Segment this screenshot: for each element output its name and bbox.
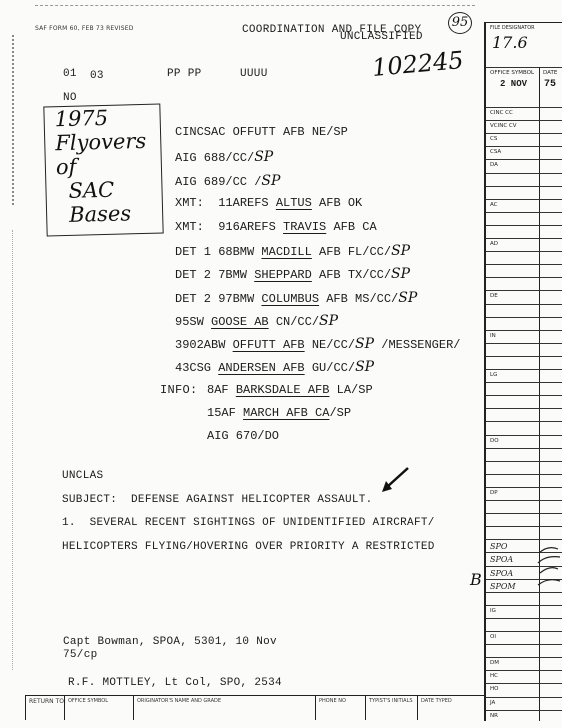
coord-row-line <box>486 631 562 632</box>
coord-row-label: DM <box>490 660 499 666</box>
coord-date: 2 NOV <box>500 79 527 89</box>
coord-row-line <box>486 421 562 422</box>
addressee-line: DET 2 7BMW SHEPPARD AFB TX/CC/SP <box>175 266 410 282</box>
addressee-line: 95SW GOOSE AB CN/CC/SP <box>175 313 338 329</box>
handwritten-note-line: 1975 <box>44 105 160 132</box>
coord-row-line <box>486 474 562 475</box>
coord-row-line <box>486 526 562 527</box>
coord-row-line <box>486 448 562 449</box>
releaser-line: R.F. MOTTLEY, Lt Col, SPO, 2534 <box>68 677 282 689</box>
paragraph-1-line-2: HELICOPTERS FLYING/HOVERING OVER PRIORIT… <box>62 541 435 553</box>
footer-phone-no: PHONE NO <box>315 696 316 720</box>
office-symbol-header: OFFICE SYMBOL <box>490 70 534 76</box>
handwritten-number: 102245 <box>371 46 465 82</box>
coord-row-label: IN <box>490 333 496 339</box>
coord-row-line <box>486 710 562 711</box>
top-border-line <box>35 5 475 6</box>
circled-page-number: 95 <box>448 12 472 34</box>
drafter-line-2: 75/cp <box>63 649 98 661</box>
coord-row-line <box>486 277 562 278</box>
unclas-marking: UNCLAS <box>62 470 103 482</box>
coord-row-label: DP <box>490 490 498 496</box>
coord-row-line <box>486 670 562 671</box>
addressee-line: DET 2 97BMW COLUMBUS AFB MS/CC/SP <box>175 290 417 306</box>
field-01: 01 <box>63 68 77 80</box>
addressee-line: XMT: 11AREFS ALTUS AFB OK <box>175 196 362 210</box>
addressee-line: XMT: 916AREFS TRAVIS AFB CA <box>175 220 377 234</box>
coordination-panel: FILE DESIGNATOR 17.6 OFFICE SYMBOL DATE … <box>484 22 562 721</box>
coord-row-line <box>486 356 562 357</box>
coord-row-line <box>486 343 562 344</box>
file-designator-label: FILE DESIGNATOR <box>490 25 535 31</box>
info-addressee-line: 8AF BARKSDALE AFB LA/SP <box>207 383 373 397</box>
coord-row-label: JA <box>490 700 495 706</box>
file-designator-handwritten: 17.6 <box>492 33 528 52</box>
form-label: SAF FORM 60, FEB 73 REVISED <box>35 25 134 32</box>
coord-row-line <box>486 513 562 514</box>
no-label: NO <box>63 92 77 104</box>
coord-row-line <box>486 618 562 619</box>
coord-row-line <box>486 225 562 226</box>
coord-row-line <box>486 186 562 187</box>
left-margin-rule <box>12 35 14 205</box>
coord-row-label: NR <box>490 713 498 719</box>
coord-row-line <box>486 173 562 174</box>
addressee-line: CINCSAC OFFUTT AFB NE/SP <box>175 125 348 139</box>
coord-row-label: IG <box>490 608 496 614</box>
coord-row-label: DO <box>490 438 499 444</box>
addressee-line: AIG 689/CC /SP <box>175 173 280 189</box>
handwritten-note-box: 1975 Flyovers of SAC Bases <box>43 103 163 236</box>
coord-row-label: SPO <box>490 542 507 551</box>
coord-column-divider <box>539 67 540 721</box>
classification-code: UUUU <box>240 68 268 80</box>
coord-row-line <box>486 395 562 396</box>
classification-stamp: UNCLASSIFIED <box>340 31 423 43</box>
coord-row-line <box>486 317 562 318</box>
coord-row-line <box>486 251 562 252</box>
addressee-line: DET 1 68BMW MACDILL AFB FL/CC/SP <box>175 243 410 259</box>
paragraph-1-line-1: 1. SEVERAL RECENT SIGHTINGS OF UNIDENTIF… <box>62 517 435 529</box>
coord-row-label: SPOA <box>490 555 513 564</box>
left-margin-rule-lower <box>12 230 13 670</box>
coord-row-label: AC <box>490 202 498 208</box>
coord-row-line <box>486 408 562 409</box>
handwritten-arrow-icon <box>380 465 412 495</box>
coord-row-line <box>486 146 562 147</box>
coord-row-line <box>486 159 562 160</box>
footer-office-symbol: OFFICE SYMBOL <box>64 696 65 720</box>
coord-row-line <box>486 683 562 684</box>
footer-date-typed: DATE TYPED <box>417 696 418 720</box>
coord-row-label: CS <box>490 136 497 142</box>
coord-row-label: VCINC CV <box>490 123 517 129</box>
precedence: PP PP <box>167 68 202 80</box>
handwritten-note-line: SAC <box>46 176 162 203</box>
coord-divider <box>486 67 562 68</box>
coord-row-line <box>486 461 562 462</box>
subject-line: SUBJECT: DEFENSE AGAINST HELICOPTER ASSA… <box>62 494 373 506</box>
field-03: 03 <box>90 70 104 82</box>
info-addressee-line: 15AF MARCH AFB CA/SP <box>207 406 351 420</box>
coord-row-line <box>486 539 562 540</box>
coord-row-line <box>486 290 562 291</box>
coord-row-label: SPOA <box>490 569 513 578</box>
coord-row-line <box>486 330 562 331</box>
coord-row-line <box>486 369 562 370</box>
coord-row-label: CINC CC <box>490 110 513 116</box>
handwritten-note-line: Flyovers of <box>45 129 161 180</box>
footer-originator: ORIGINATOR'S NAME AND GRADE <box>133 696 134 720</box>
coord-row-label: OI <box>490 634 496 640</box>
footer-typists-initials: TYPIST'S INITIALS <box>365 696 366 720</box>
coord-row-line <box>486 199 562 200</box>
footer-return-to: RETURN TO: <box>26 696 64 720</box>
coord-row-label: DA <box>490 162 498 168</box>
coord-row-line <box>486 487 562 488</box>
coord-row-line <box>486 212 562 213</box>
handwritten-note-line: Bases <box>47 200 163 227</box>
initials-scribble-icon <box>536 545 562 595</box>
info-addressee-line: AIG 670/DO <box>207 429 279 443</box>
coord-row-label: HC <box>490 673 498 679</box>
coord-row-label: SPOM <box>490 582 516 591</box>
footer-table: RETURN TO: OFFICE SYMBOL ORIGINATOR'S NA… <box>25 695 485 720</box>
coord-row-line <box>486 133 562 134</box>
coord-row-label: DE <box>490 293 498 299</box>
info-label: INFO: <box>160 383 198 397</box>
coord-row-label: HO <box>490 686 498 692</box>
coord-row-line <box>486 304 562 305</box>
coord-year: 75 <box>544 79 556 90</box>
coord-row-line <box>486 644 562 645</box>
coord-row-line <box>486 697 562 698</box>
coord-row-line <box>486 382 562 383</box>
coord-row-label: LG <box>490 372 497 378</box>
coord-row-line <box>486 500 562 501</box>
handwritten-mark-b: B <box>470 570 482 589</box>
coord-row-line <box>486 238 562 239</box>
addressee-line: AIG 688/CC/SP <box>175 149 273 165</box>
addressee-line: 43CSG ANDERSEN AFB GU/CC/SP <box>175 359 374 375</box>
coord-row-line <box>486 107 562 108</box>
date-header: DATE <box>543 70 557 76</box>
coord-row-line <box>486 264 562 265</box>
addressee-line: 3902ABW OFFUTT AFB NE/CC/SP /MESSENGER/ <box>175 336 460 352</box>
coord-row-label: AD <box>490 241 498 247</box>
coord-row-label: CSA <box>490 149 501 155</box>
coord-row-line <box>486 605 562 606</box>
coord-row-line <box>486 120 562 121</box>
drafter-line-1: Capt Bowman, SPOA, 5301, 10 Nov <box>63 636 277 648</box>
coord-row-line <box>486 435 562 436</box>
coord-row-line <box>486 657 562 658</box>
